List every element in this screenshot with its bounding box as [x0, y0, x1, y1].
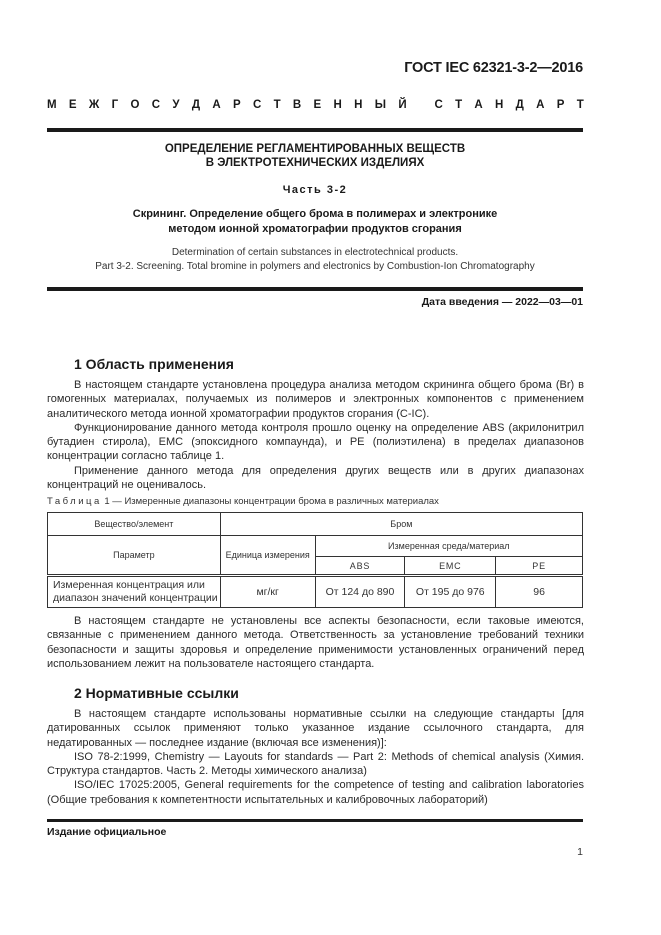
interstate-letter: Р	[557, 99, 565, 111]
title-rule	[47, 287, 583, 291]
standard-code: ГОСТ IEC 62321-3-2—2016	[404, 60, 583, 76]
table-row: Измеренная концентрация или диапазон зна…	[48, 576, 583, 608]
bromine-concentration-table: Вещество/элемент Бром Параметр Единица и…	[47, 512, 583, 608]
part-label: Часть 3-2	[47, 184, 583, 196]
interstate-letter: С	[152, 99, 160, 111]
interstate-letter: Ы	[375, 99, 386, 111]
table-cell: 96	[496, 576, 583, 608]
english-title-line-2: Part 3-2. Screening. Total bromine in po…	[47, 260, 583, 274]
interstate-standard-label: МЕЖГОСУДАРСТВЕННЫЙ СТАНДАРТ	[47, 99, 584, 111]
table-header-row: Вещество/элемент Бром	[48, 513, 583, 536]
interstate-letter: Е	[69, 99, 77, 111]
interstate-letter: С	[253, 99, 261, 111]
interstate-letter: Т	[455, 99, 462, 111]
reference-item: ISO/IEC 17025:2005, General requirements…	[47, 778, 584, 807]
table-header-cell: Параметр	[48, 536, 221, 576]
interstate-letter: Р	[233, 99, 241, 111]
interstate-letter: С	[434, 99, 442, 111]
table-header-cell: PE	[496, 557, 583, 576]
safety-note: В настоящем стандарте не установлены все…	[47, 614, 584, 671]
table-cell: Измеренная концентрация или диапазон зна…	[48, 576, 221, 608]
subtitle-line-1: Скрининг. Определение общего брома в пол…	[47, 207, 583, 222]
table-header-cell: Бром	[220, 513, 582, 536]
interstate-letter: Г	[112, 99, 119, 111]
interstate-letter: А	[536, 99, 544, 111]
paragraph: В настоящем стандарте использованы норма…	[47, 707, 584, 750]
table-cell: От 124 до 890	[315, 576, 405, 608]
document-subtitle: Скрининг. Определение общего брома в пол…	[47, 207, 583, 236]
table-header-cell: Измеренная среда/материал	[315, 536, 582, 557]
interstate-letter: Д	[516, 99, 524, 111]
interstate-letter: О	[130, 99, 139, 111]
interstate-letter: В	[293, 99, 301, 111]
official-edition-label: Издание официальное	[47, 826, 166, 838]
interstate-letter: Д	[192, 99, 200, 111]
title-line-2: В ЭЛЕКТРОТЕХНИЧЕСКИХ ИЗДЕЛИЯХ	[47, 156, 583, 170]
document-title: ОПРЕДЕЛЕНИЕ РЕГЛАМЕНТИРОВАННЫХ ВЕЩЕСТВ В…	[47, 142, 583, 170]
interstate-letter: А	[474, 99, 482, 111]
interstate-letter: А	[212, 99, 220, 111]
table-header-row: Параметр Единица измерения Измеренная ср…	[48, 536, 583, 557]
paragraph: Функционирование данного метода контроля…	[47, 421, 584, 464]
table-header-cell: ABS	[315, 557, 405, 576]
interstate-letter: У	[172, 99, 179, 111]
table-caption-prefix: Таблица	[47, 496, 102, 507]
paragraph: В настоящем стандарте установлена процед…	[47, 378, 584, 421]
interstate-letter: М	[47, 99, 57, 111]
footer-rule	[47, 819, 583, 822]
english-title: Determination of certain substances in e…	[47, 246, 583, 273]
interstate-letter	[419, 99, 422, 111]
table-caption-text: 1 — Измеренные диапазоны концентрации бр…	[102, 496, 439, 507]
paragraph: В настоящем стандарте не установлены все…	[47, 614, 584, 671]
english-title-line-1: Determination of certain substances in e…	[47, 246, 583, 260]
paragraph: Применение данного метода для определени…	[47, 464, 584, 493]
interstate-letter: Ж	[89, 99, 99, 111]
interstate-letter: Т	[274, 99, 281, 111]
page-number: 1	[577, 846, 583, 858]
introduction-date: Дата введения — 2022—03—01	[422, 296, 583, 308]
table-cell: мг/кг	[220, 576, 315, 608]
interstate-letter: Н	[495, 99, 503, 111]
reference-item: ISO 78-2:1999, Chemistry — Layouts for s…	[47, 750, 584, 779]
section-2-heading: 2 Нормативные ссылки	[74, 685, 239, 701]
interstate-letter: Й	[398, 99, 406, 111]
interstate-letter: Е	[314, 99, 322, 111]
table-header-cell: Единица измерения	[220, 536, 315, 576]
subtitle-line-2: методом ионной хроматографии продуктов с…	[47, 222, 583, 237]
interstate-letter: Т	[577, 99, 584, 111]
interstate-letter: Н	[334, 99, 342, 111]
section-1-body: В настоящем стандарте установлена процед…	[47, 378, 584, 492]
section-2-body: В настоящем стандарте использованы норма…	[47, 707, 584, 807]
section-1-heading: 1 Область применения	[74, 356, 234, 372]
interstate-letter: Н	[354, 99, 362, 111]
title-line-1: ОПРЕДЕЛЕНИЕ РЕГЛАМЕНТИРОВАННЫХ ВЕЩЕСТВ	[47, 142, 583, 156]
table-header-cell: EMC	[405, 557, 496, 576]
header-rule	[47, 128, 583, 132]
table-header-cell: Вещество/элемент	[48, 513, 221, 536]
table-cell: От 195 до 976	[405, 576, 496, 608]
table-caption: Таблица 1 — Измеренные диапазоны концент…	[47, 496, 439, 507]
